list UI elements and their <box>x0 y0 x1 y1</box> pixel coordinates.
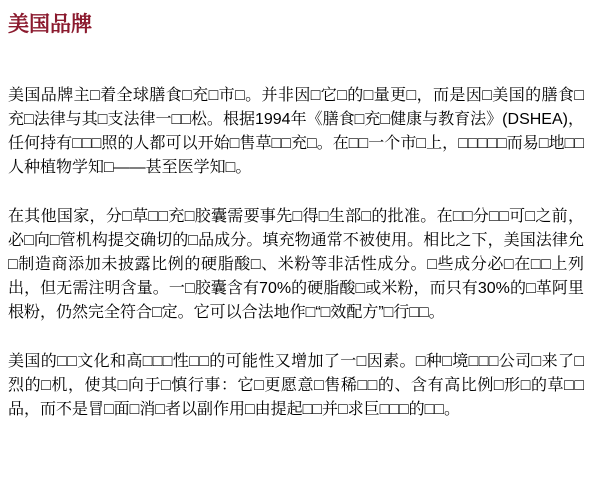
document-page: 美国品牌 美国品牌主□着全球膳食□充□市□。并非因□它□的□量更□，而是因□美国… <box>0 0 592 488</box>
paragraph-litigation-culture: 美国的□□文化和高□□□性□□的可能性又增加了一□因素。□种□境□□□公司□来了… <box>8 350 584 422</box>
paragraph-other-countries-regulation: 在其他国家，分□草□□充□胶囊需要事先□得□生部□的批准。在□□分□□可□之前，… <box>8 205 584 325</box>
page-title: 美国品牌 <box>8 12 584 38</box>
paragraph-us-brands-dominate: 美国品牌主□着全球膳食□充□市□。并非因□它□的□量更□，而是因□美国的膳食□充… <box>8 84 584 180</box>
